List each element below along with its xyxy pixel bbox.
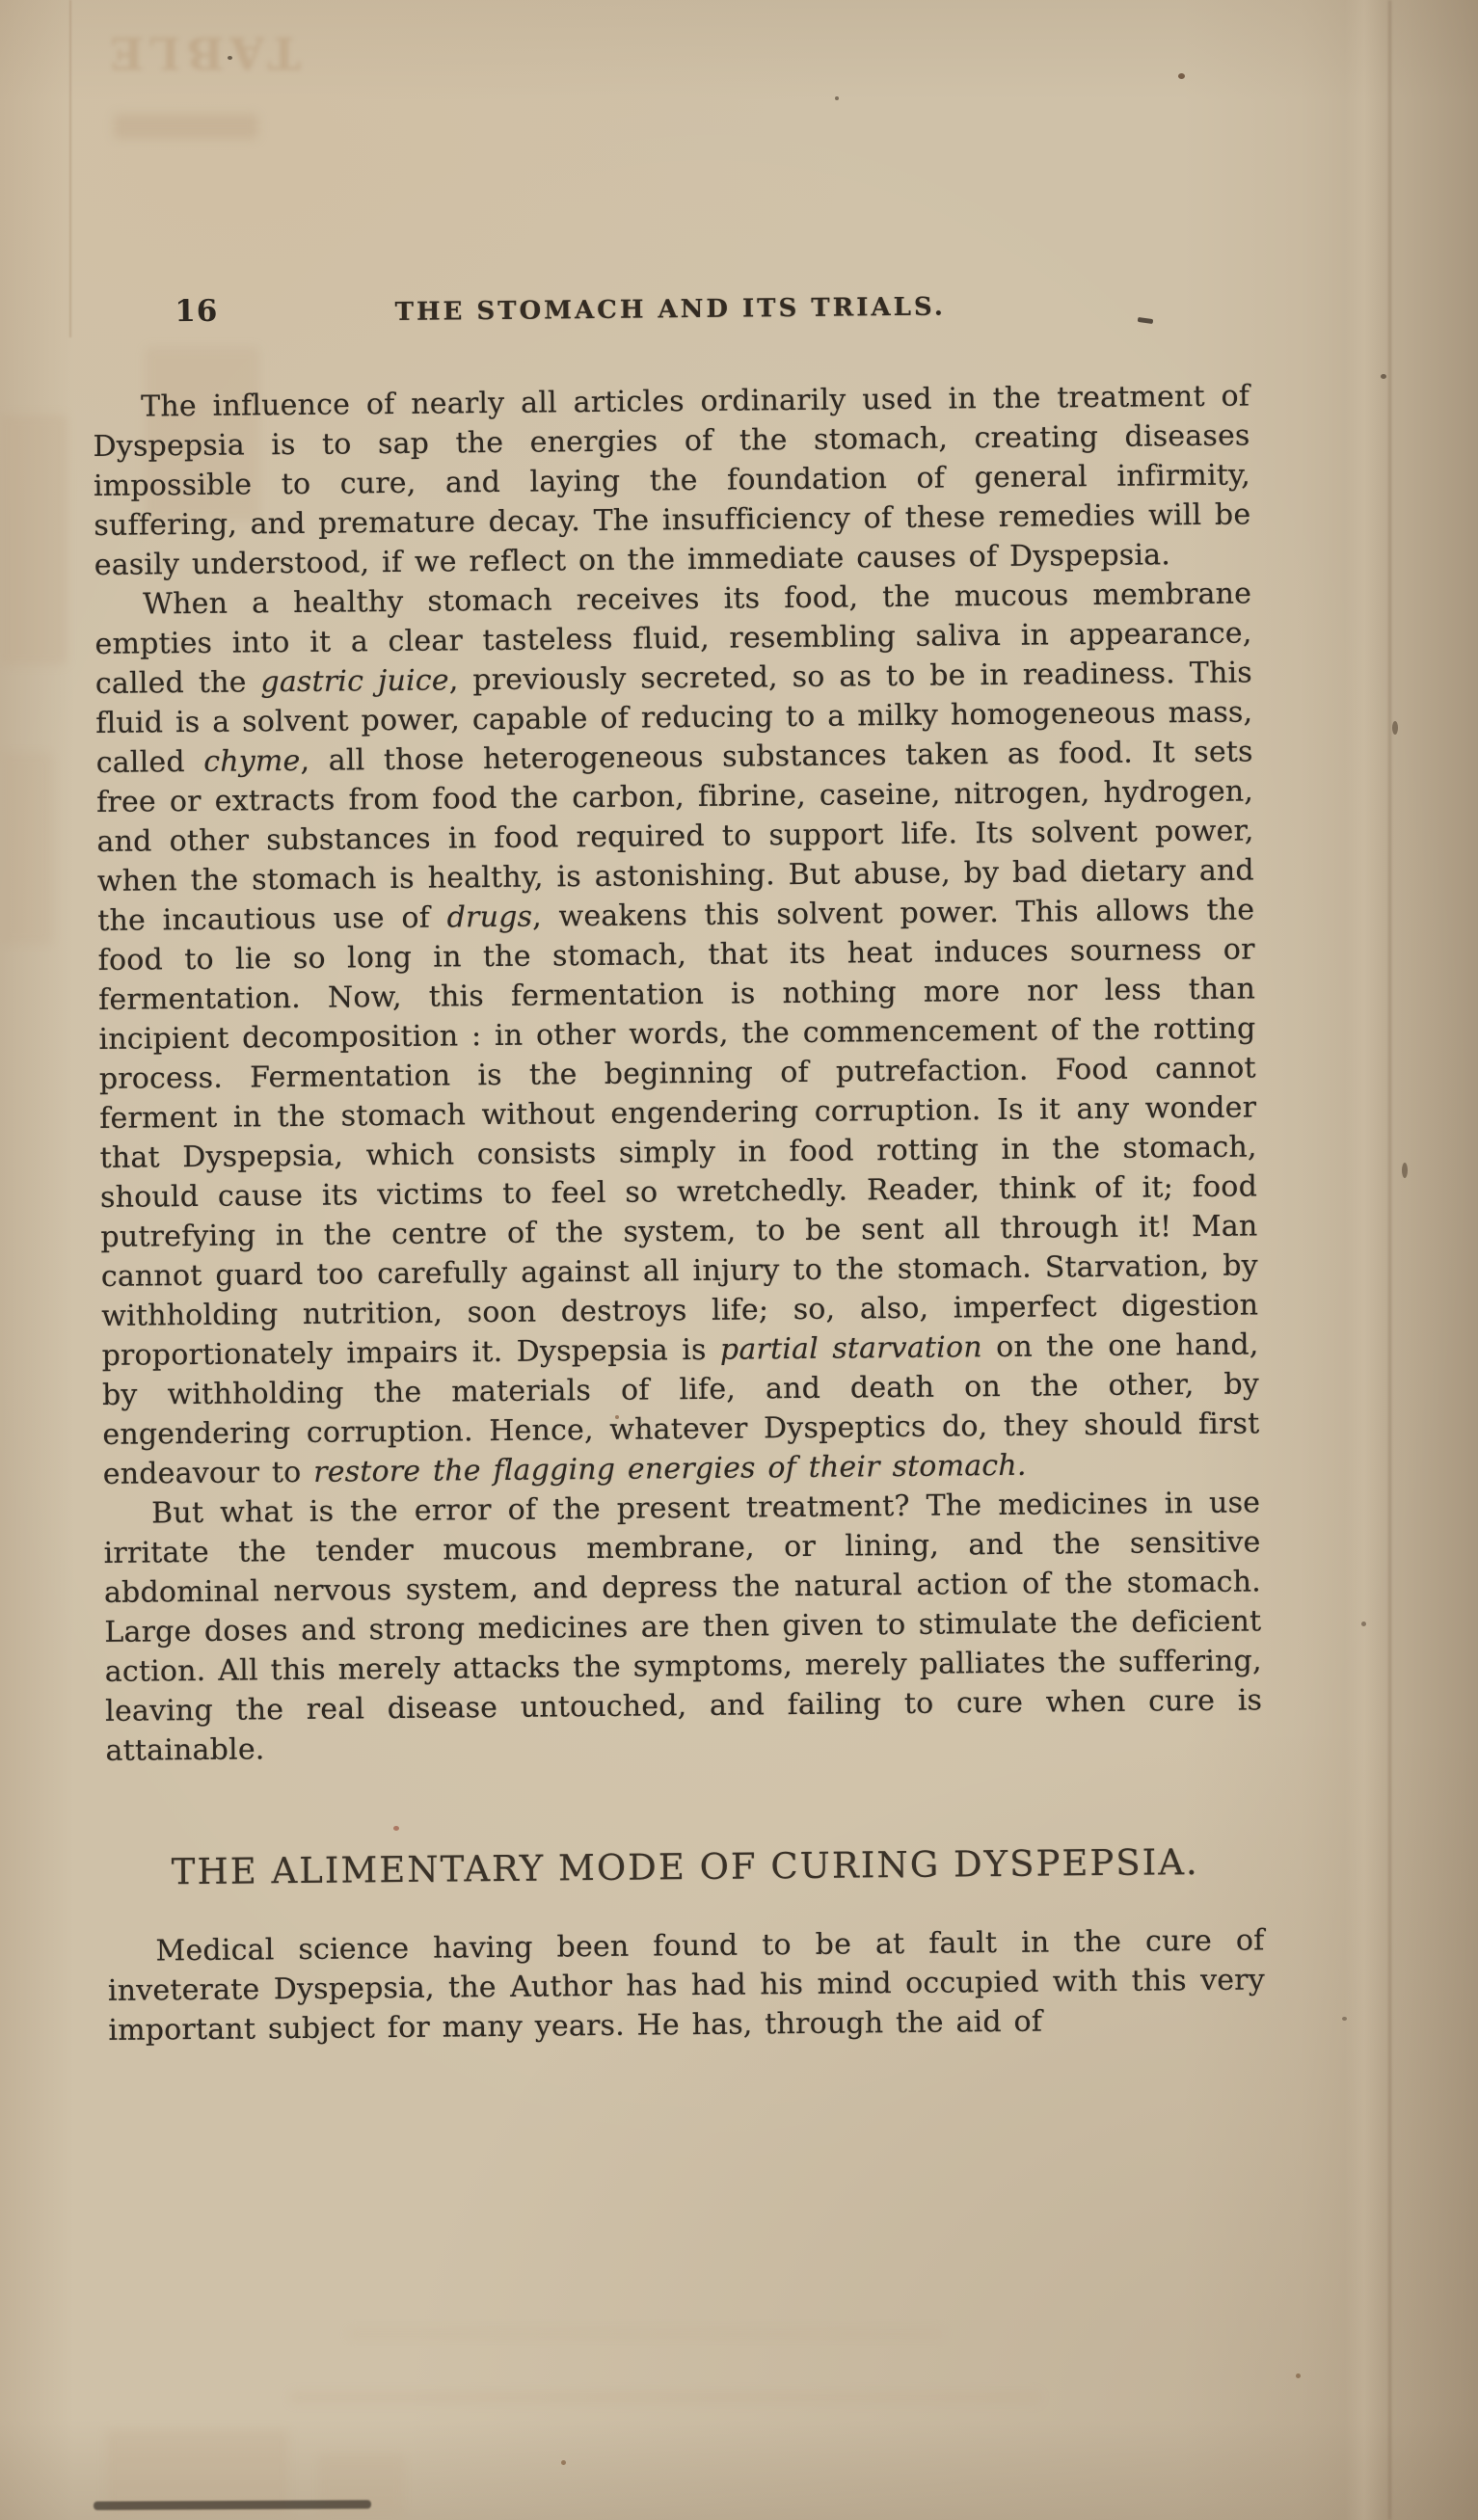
bleedthrough-blot bbox=[0, 415, 67, 665]
text-run: , weakens this solvent power. This allow… bbox=[98, 893, 1259, 1372]
bleedthrough-blot bbox=[0, 752, 53, 945]
text-run: But what is the error of the present tre… bbox=[103, 1486, 1262, 1768]
bleedthrough-text-ghost: TABLE bbox=[104, 27, 301, 79]
paragraph: Medical science having been found to be … bbox=[107, 1920, 1265, 2051]
speck bbox=[561, 2460, 566, 2465]
bleedthrough-rule-ghost bbox=[69, 0, 71, 337]
bleedthrough-blot bbox=[114, 114, 258, 139]
paragraph: But what is the error of the present tre… bbox=[103, 1483, 1263, 1771]
page-edge-crease bbox=[1388, 0, 1391, 2520]
text-blocks: The influence of nearly all articles ord… bbox=[93, 376, 1266, 2050]
speck bbox=[835, 96, 839, 100]
section-heading: THE ALIMENTARY MODE OF CURING DYSPEPSIA. bbox=[107, 1840, 1264, 1893]
speck bbox=[228, 56, 232, 60]
edge-flaw bbox=[1392, 721, 1398, 735]
bleedthrough-blot bbox=[106, 2429, 289, 2516]
bleedthrough-textline bbox=[289, 2391, 1041, 2404]
page-number: 16 bbox=[175, 294, 218, 329]
running-head: THE STOMACH AND ITS TRIALS. bbox=[395, 292, 946, 326]
page-header: 16 THE STOMACH AND ITS TRIALS. bbox=[92, 276, 1249, 337]
scanned-book-page: { "page": { "number": "16", "running_hea… bbox=[0, 0, 1478, 2520]
bleedthrough-blot bbox=[318, 2453, 405, 2516]
speck bbox=[1296, 2373, 1301, 2378]
bleedthrough-textline bbox=[347, 2328, 945, 2340]
paragraph: The influence of nearly all articles ord… bbox=[93, 376, 1251, 585]
paragraph: When a healthy stomach receives its food… bbox=[94, 574, 1260, 1493]
text-run: Medical science having been found to be … bbox=[108, 1923, 1265, 2048]
italic-phrase: chyme bbox=[203, 744, 301, 779]
text-run: The influence of nearly all articles ord… bbox=[93, 379, 1250, 582]
scan-shadow-streak bbox=[94, 2500, 371, 2510]
edge-flaw bbox=[1402, 1163, 1408, 1178]
page-edge-highlight bbox=[1345, 0, 1384, 2520]
italic-phrase: gastric juice bbox=[260, 663, 449, 699]
speck bbox=[1178, 73, 1185, 79]
italic-phrase: drugs bbox=[446, 900, 532, 935]
italic-phrase: restore the flagging energies of their s… bbox=[313, 1449, 1027, 1489]
printed-text-block: 16 THE STOMACH AND ITS TRIALS. The influ… bbox=[92, 276, 1266, 2050]
italic-phrase: partial starvation bbox=[720, 1330, 982, 1367]
